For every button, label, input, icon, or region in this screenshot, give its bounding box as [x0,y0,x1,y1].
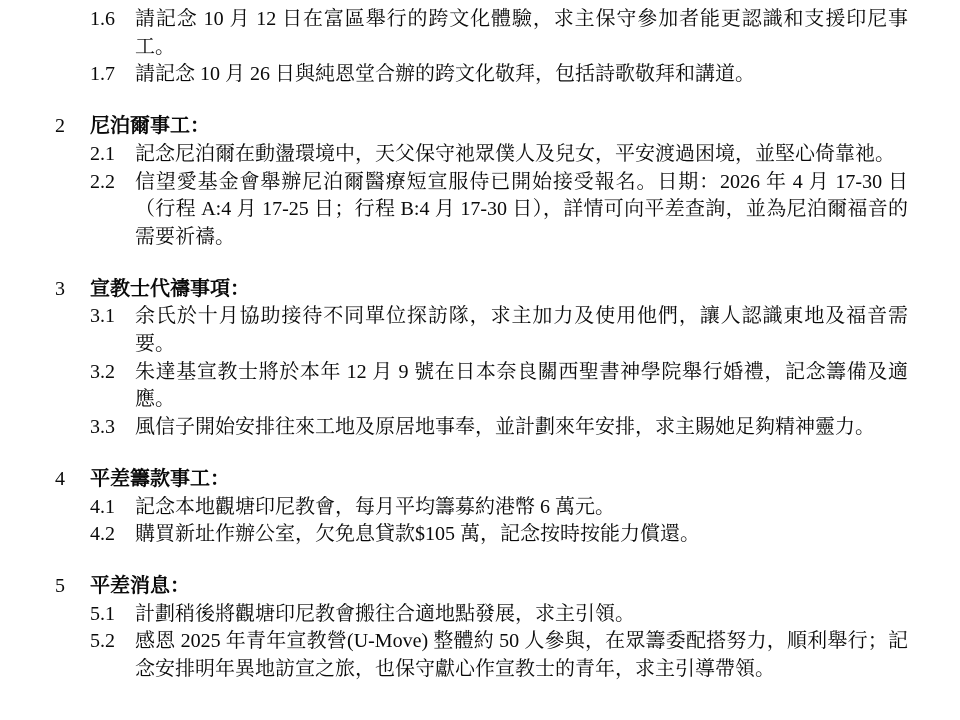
item-number: 5.1 [90,601,135,629]
section-header: 5 平差消息： [55,573,908,601]
section-items: 4.1 記念本地觀塘印尼教會，每月平均籌募約港幣 6 萬元。 4.2 購買新址作… [55,494,908,549]
item-text: 感恩 2025 年青年宣教營(U-Move) 整體約 50 人參與，在眾籌委配搭… [135,628,908,683]
list-item: 2.2 信望愛基金會舉辦尼泊爾醫療短宣服侍已開始接受報名。日期：2026 年 4… [90,169,908,252]
item-text: 余氏於十月協助接待不同單位探訪隊，求主加力及使用他們，讓人認識東地及福音需要。 [135,303,908,358]
document-page: 1.6 請記念 10 月 12 日在富區舉行的跨文化體驗，求主保守參加者能更認識… [0,0,960,684]
section-title: 平差消息： [90,573,908,601]
list-item: 3.2 朱達基宣教士將於本年 12 月 9 號在日本奈良關西聖書神學院舉行婚禮，… [90,359,908,414]
document-section: 5 平差消息： 5.1 計劃稍後將觀塘印尼教會搬往合適地點發展，求主引領。 5.… [55,573,908,684]
list-item: 1.6 請記念 10 月 12 日在富區舉行的跨文化體驗，求主保守參加者能更認識… [90,6,908,61]
item-number: 1.7 [90,61,135,89]
item-number: 3.2 [90,359,135,414]
section-header: 4 平差籌款事工： [55,466,908,494]
item-text: 記念本地觀塘印尼教會，每月平均籌募約港幣 6 萬元。 [135,494,908,522]
document-section: 1.6 請記念 10 月 12 日在富區舉行的跨文化體驗，求主保守參加者能更認識… [55,6,908,89]
section-items: 2.1 記念尼泊爾在動盪環境中，天父保守祂眾僕人及兒女，平安渡過困境，並堅心倚靠… [55,141,908,252]
section-items: 3.1 余氏於十月協助接待不同單位探訪隊，求主加力及使用他們，讓人認識東地及福音… [55,303,908,442]
item-text: 記念尼泊爾在動盪環境中，天父保守祂眾僕人及兒女，平安渡過困境，並堅心倚靠祂。 [135,141,908,169]
section-items: 1.6 請記念 10 月 12 日在富區舉行的跨文化體驗，求主保守參加者能更認識… [55,6,908,89]
item-number: 4.2 [90,521,135,549]
item-text: 信望愛基金會舉辦尼泊爾醫療短宣服侍已開始接受報名。日期：2026 年 4 月 1… [135,169,908,252]
section-number: 2 [55,113,90,141]
list-item: 5.2 感恩 2025 年青年宣教營(U-Move) 整體約 50 人參與，在眾… [90,628,908,683]
list-item: 4.2 購買新址作辦公室，欠免息貸款$105 萬，記念按時按能力償還。 [90,521,908,549]
section-title: 尼泊爾事工： [90,113,908,141]
item-text: 風信子開始安排往來工地及原居地事奉，並計劃來年安排，求主賜她足夠精神靈力。 [135,414,908,442]
item-number: 5.2 [90,628,135,683]
section-number: 4 [55,466,90,494]
section-header: 3 宣教士代禱事項： [55,276,908,304]
item-text: 計劃稍後將觀塘印尼教會搬往合適地點發展，求主引領。 [135,601,908,629]
item-number: 3.1 [90,303,135,358]
item-text: 購買新址作辦公室，欠免息貸款$105 萬，記念按時按能力償還。 [135,521,908,549]
list-item: 2.1 記念尼泊爾在動盪環境中，天父保守祂眾僕人及兒女，平安渡過困境，並堅心倚靠… [90,141,908,169]
item-number: 2.1 [90,141,135,169]
list-item: 5.1 計劃稍後將觀塘印尼教會搬往合適地點發展，求主引領。 [90,601,908,629]
section-title: 宣教士代禱事項： [90,276,908,304]
list-item: 3.3 風信子開始安排往來工地及原居地事奉，並計劃來年安排，求主賜她足夠精神靈力… [90,414,908,442]
section-number: 3 [55,276,90,304]
list-item: 4.1 記念本地觀塘印尼教會，每月平均籌募約港幣 6 萬元。 [90,494,908,522]
section-items: 5.1 計劃稍後將觀塘印尼教會搬往合適地點發展，求主引領。 5.2 感恩 202… [55,601,908,684]
item-text: 請記念 10 月 26 日與純恩堂合辦的跨文化敬拜，包括詩歌敬拜和講道。 [135,61,908,89]
list-item: 1.7 請記念 10 月 26 日與純恩堂合辦的跨文化敬拜，包括詩歌敬拜和講道。 [90,61,908,89]
document-section: 2 尼泊爾事工： 2.1 記念尼泊爾在動盪環境中，天父保守祂眾僕人及兒女，平安渡… [55,113,908,252]
document-section: 4 平差籌款事工： 4.1 記念本地觀塘印尼教會，每月平均籌募約港幣 6 萬元。… [55,466,908,549]
sections-container: 1.6 請記念 10 月 12 日在富區舉行的跨文化體驗，求主保守參加者能更認識… [55,6,908,684]
item-text: 請記念 10 月 12 日在富區舉行的跨文化體驗，求主保守參加者能更認識和支援印… [135,6,908,61]
item-number: 2.2 [90,169,135,252]
item-text: 朱達基宣教士將於本年 12 月 9 號在日本奈良關西聖書神學院舉行婚禮，記念籌備… [135,359,908,414]
document-section: 3 宣教士代禱事項： 3.1 余氏於十月協助接待不同單位探訪隊，求主加力及使用他… [55,276,908,442]
section-number: 5 [55,573,90,601]
item-number: 4.1 [90,494,135,522]
item-number: 3.3 [90,414,135,442]
item-number: 1.6 [90,6,135,61]
list-item: 3.1 余氏於十月協助接待不同單位探訪隊，求主加力及使用他們，讓人認識東地及福音… [90,303,908,358]
section-header: 2 尼泊爾事工： [55,113,908,141]
section-title: 平差籌款事工： [90,466,908,494]
